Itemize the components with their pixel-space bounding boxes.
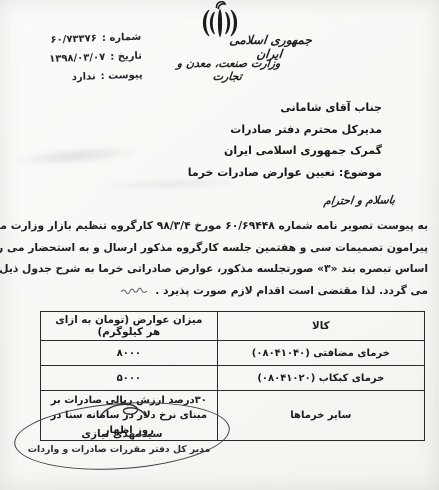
scanned-official-letter: جمهوری اسلامی ایران وزارت صنعت، معدن و ت…: [0, 0, 439, 490]
letter-attachment-value: ندارد: [71, 67, 96, 87]
letter-attachment-label: پیوست :: [100, 66, 143, 86]
cell-duty: ۸۰۰۰: [41, 341, 218, 366]
letter-date-label: تاریخ :: [110, 47, 142, 67]
body-line: به پیوست تصویر نامه شماره ۶۰/۶۹۴۴۸ مورخ …: [24, 215, 428, 237]
body-line: می گردد. لذا مقتضی است اقدام لازم صورت پ…: [24, 280, 428, 302]
recipient-block: جناب آقای شامانی مدیرکل محترم دفتر صادرا…: [188, 97, 382, 183]
greeting: باسلام و احترام: [323, 193, 396, 207]
recipient-organization: گمرک جمهوری اسلامی ایران: [188, 140, 382, 162]
body-line: اساس تبصره بند «۳» صورتجلسه مذکور، عوارض…: [24, 258, 428, 280]
recipient-name: جناب آقای شامانی: [188, 97, 382, 119]
table-row: خرمای مضافتی (۰۸۰۴۱۰۴۰) ۸۰۰۰: [41, 341, 425, 366]
body-line-text: می گردد. لذا مقتضی است اقدام لازم صورت پ…: [155, 284, 428, 297]
recipient-title: مدیرکل محترم دفتر صادرات: [188, 119, 382, 141]
letter-number-value: ۶۰/۷۳۳۷۶: [50, 29, 97, 50]
handwritten-initials: [120, 286, 148, 296]
cell-duty: ۵۰۰۰: [41, 366, 218, 391]
signer-name: سیدمهدی نیازی: [12, 428, 232, 440]
letterhead-ministry: وزارت صنعت، معدن و تجارت: [167, 57, 290, 83]
header-duty: میزان عوارض (تومان به ازای هر کیلوگرم): [41, 312, 218, 341]
letter-attachment-row: پیوست : ندارد: [8, 66, 143, 90]
body-line: پیرامون تصمیمات سی و هفتمین جلسه کارگروه…: [24, 237, 428, 259]
letter-subject: موضوع: تعیین عوارض صادرات خرما: [188, 162, 382, 184]
letter-body: به پیوست تصویر نامه شماره ۶۰/۶۹۴۴۸ مورخ …: [24, 215, 428, 301]
header-item: کالا: [217, 312, 424, 341]
cell-item: خرمای مضافتی (۰۸۰۴۱۰۴۰): [217, 341, 424, 366]
cell-item: سایر خرماها: [217, 391, 424, 441]
letter-meta: شماره : ۶۰/۷۳۳۷۶ تاریخ : ۱۳۹۸/۰۳/۰۷ پیوس…: [7, 28, 143, 90]
letter-date-value: ۱۳۹۸/۰۳/۰۷: [49, 48, 106, 69]
table-header-row: کالا میزان عوارض (تومان به ازای هر کیلوگ…: [41, 312, 425, 341]
table-row: خرمای کبکاب (۰۸۰۴۱۰۲۰) ۵۰۰۰: [41, 366, 425, 391]
signature-block: سیدمهدی نیازی مدیر کل دفتر مقررات صادرات…: [12, 399, 236, 475]
letter-number-label: شماره :: [102, 28, 142, 48]
signer-title: مدیر کل دفتر مقررات صادرات و واردات: [12, 444, 226, 455]
scan-smudge: [12, 143, 143, 168]
cell-item: خرمای کبکاب (۰۸۰۴۱۰۲۰): [217, 366, 424, 391]
signature-scribble: [98, 401, 148, 421]
